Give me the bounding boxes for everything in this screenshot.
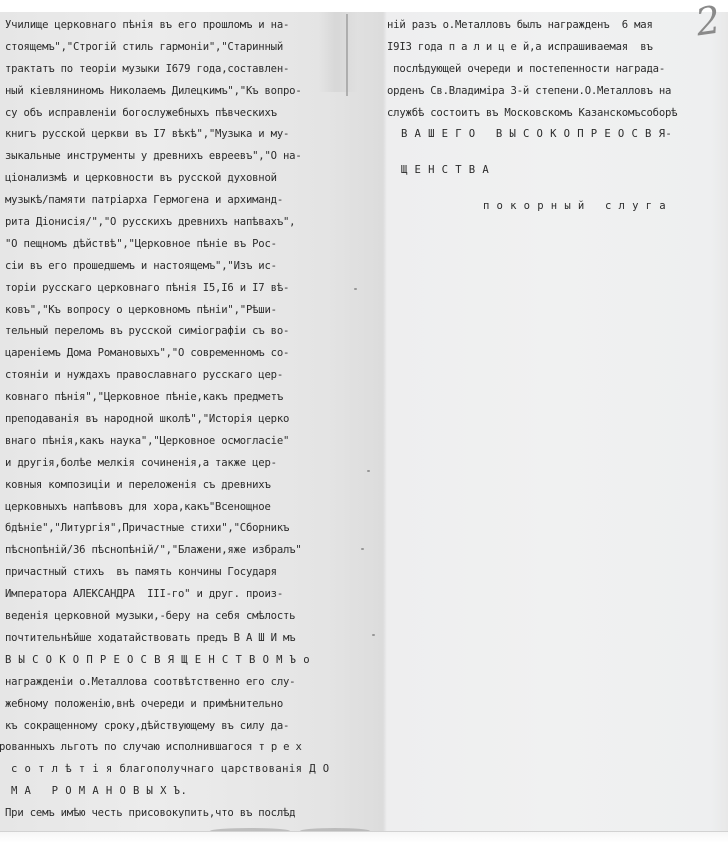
text-line: жебному положенію,внѣ очереди и примѣнит…: [5, 694, 385, 716]
text-line: церковныхъ напѣвовъ для хора,какъ"Всенощ…: [5, 497, 385, 519]
text-line: ціонализмѣ и церковности въ русской духо…: [5, 168, 385, 190]
text-line: бдѣніе","Литургія",Причастные стихи","Сб…: [5, 518, 385, 540]
closing-signature: п о к о р н ы й с л у г а: [387, 196, 727, 218]
text-line: къ сокращенному сроку,дѣйствующему въ си…: [5, 716, 385, 738]
left-page-text: Училище церковнаго пѣнія въ его прошломъ…: [5, 15, 385, 825]
ink-speck: [361, 548, 364, 550]
text-line: стояніи и нуждахъ православнаго русскаго…: [5, 365, 385, 387]
text-line: музыкѣ/памяти патріарха Гермогена и архи…: [5, 190, 385, 212]
text-line: При семъ имѣю честь присовокупить,что въ…: [5, 803, 385, 825]
ink-speck: [372, 634, 375, 636]
text-line: почтительнѣйше ходатайствовать предъ В А…: [5, 628, 385, 650]
text-line: преподаванія въ народной школѣ","Исторія…: [5, 409, 385, 431]
bottom-margin: [0, 831, 383, 850]
text-line: ный кіевляниномъ Николаемъ Дилецкимъ","К…: [5, 81, 385, 103]
text-line-emphasized: В Ы С О К О П Р Е О С В Я Щ Е Н С Т В О …: [5, 650, 385, 672]
top-margin: [383, 0, 728, 12]
text-line: веденія церковной музыки,-беру на себя с…: [5, 606, 385, 628]
text-line-emphasized: М А Р О М А Н О В Ы Х Ъ.: [5, 781, 385, 803]
text-line: и другія,болѣе мелкія сочиненія,а также …: [5, 453, 385, 475]
text-line: стоящемъ","Строгій стиль гармоніи","Стар…: [5, 37, 385, 59]
text-line: орденъ Св.Владиміра 3-й степени.О.Металл…: [387, 81, 727, 103]
text-line: ковныя композиціи и переложенія съ древн…: [5, 475, 385, 497]
text-line: послѣдующей очереди и постепенности нагр…: [387, 59, 727, 81]
text-line: зыкальные инструменты у древнихъ евреевъ…: [5, 146, 385, 168]
right-page-text: ній разъ о.Металловъ былъ награжденъ 6 м…: [387, 15, 727, 218]
text-line: Императора АЛЕКСАНДРА III-го" и друг. пр…: [5, 584, 385, 606]
scanned-document: Училище церковнаго пѣнія въ его прошломъ…: [0, 0, 728, 850]
text-line: торіи русскаго церковнаго пѣнія I5,I6 и …: [5, 278, 385, 300]
ink-speck: [354, 288, 357, 290]
salutation-line: Щ Е Н С Т В А: [387, 160, 727, 182]
text-line: ковъ","Къ вопросу о церковномъ пѣніи","Р…: [5, 300, 385, 322]
text-line: причастный стихъ въ память кончины Госуд…: [5, 562, 385, 584]
text-line: награжденіи о.Металлова соотвѣтственно е…: [5, 672, 385, 694]
text-line: трактатъ по теоріи музыки I679 года,сост…: [5, 59, 385, 81]
right-page: 2 ній разъ о.Металловъ былъ награжденъ 6…: [383, 0, 728, 850]
text-line: "О пещномъ дѣйствѣ","Церковное пѣніе въ …: [5, 234, 385, 256]
spacer: [387, 182, 727, 196]
text-line: пѣснопѣній/36 пѣснопѣній/","Блажени,яже …: [5, 540, 385, 562]
text-line: ковнаго пѣнія","Церковное пѣніе,какъ пре…: [5, 387, 385, 409]
bottom-margin: [383, 831, 728, 850]
text-line: тельный переломъ въ русской симіографіи …: [5, 321, 385, 343]
top-margin: [0, 0, 383, 12]
text-line: сіи въ его прошедшемъ и настоящемъ","Изъ…: [5, 256, 385, 278]
text-line: ній разъ о.Металловъ былъ награжденъ 6 м…: [387, 15, 727, 37]
text-line: Училище церковнаго пѣнія въ его прошломъ…: [5, 15, 385, 37]
text-line: рита Діонисія/","О русскихъ древнихъ нап…: [5, 212, 385, 234]
text-line: су объ исправленіи богослужебныхъ пѣвчес…: [5, 103, 385, 125]
spacer: [387, 146, 727, 160]
text-line: службѣ состоитъ въ Московскомъ Казанском…: [387, 103, 727, 125]
text-line: книгъ русской церкви въ I7 вѣкѣ","Музыка…: [5, 124, 385, 146]
text-line: I9I3 года п а л и ц е й,а испрашиваемая …: [387, 37, 727, 59]
text-line: цареніемъ Дома Романовыхъ","О современно…: [5, 343, 385, 365]
text-line: с о т л ѣ т і я благополучнаго царствова…: [5, 759, 385, 781]
text-line: рованныхъ льготъ по случаю исполнившагос…: [0, 737, 385, 759]
ink-speck: [367, 470, 370, 472]
text-line: внаго пѣнія,какъ наука","Церковное осмог…: [5, 431, 385, 453]
left-page: Училище церковнаго пѣнія въ его прошломъ…: [0, 0, 383, 850]
salutation-line: В А Ш Е Г О В Ы С О К О П Р Е О С В Я-: [387, 124, 727, 146]
